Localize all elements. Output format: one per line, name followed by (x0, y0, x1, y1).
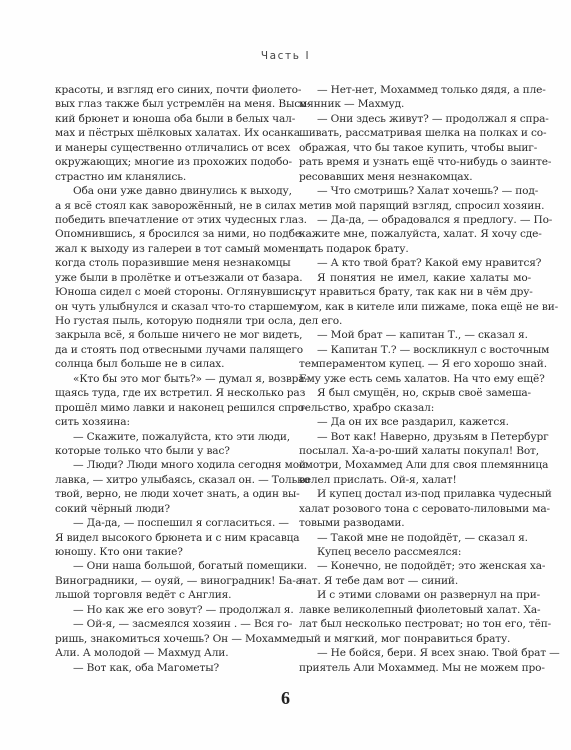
text-line: кий брюнет и юноша оба были в белых чал- (55, 112, 287, 126)
text-line: товыми разводами. (299, 516, 531, 530)
text-line: — Да-да, — поспешил я согласиться. — (55, 516, 287, 530)
page-number: 6 (0, 688, 571, 709)
text-line: — Что смотришь? Халат хочешь? — под- (299, 184, 531, 198)
text-line: сить хозяина: (55, 415, 287, 429)
text-line: темпераментом купец. — Я его хорошо знай… (299, 357, 531, 371)
text-line: он чуть улыбнулся и сказал что-то старше… (55, 300, 287, 314)
text-line: да и стоять под отвесными лучами палящег… (55, 343, 287, 357)
text-line: Я понятия не имел, какие халаты мо- (299, 271, 531, 285)
text-line: смотри, Мохаммед Али для своя племянница (299, 458, 531, 472)
text-line: — Скажите, пожалуйста, кто эти люди, (55, 430, 287, 444)
text-line: Али. А молодой — Махмуд Али. (55, 646, 287, 660)
text-line: Я видел высокого брюнета и с ним красавц… (55, 531, 287, 545)
text-line: лавке великолепный фиолетовый халат. Ха- (299, 603, 531, 617)
text-line: лавка, — хитро улыбаясь, сказал он. — То… (55, 473, 287, 487)
text-line: уже были в пролётке и отъезжали от базар… (55, 271, 287, 285)
text-line: ришь, знакомиться хочешь? Он — Мохаммед (55, 632, 287, 646)
text-line: ресовавших меня незнакомцах. (299, 170, 531, 184)
text-line: твой, верно, не люди хочет знать, а один… (55, 487, 287, 501)
text-line: льшой торговля ведёт с Англия. (55, 588, 287, 602)
text-line: Опомнившись, я бросился за ними, но подб… (55, 227, 287, 241)
text-line: лый и мягкий, мог понравиться брату. (299, 632, 531, 646)
text-line: метив мой парящий взгляд, спросил хозяин… (299, 199, 531, 213)
text-line: лат был несколько пестроват; но тон его,… (299, 617, 531, 631)
running-head: Часть I (0, 50, 571, 62)
text-line: — Не бойся, бери. Я всех знаю. Твой брат… (299, 646, 531, 660)
text-line: лать подарок брату. (299, 242, 531, 256)
text-line: — Конечно, не подойдёт; это женская ха- (299, 559, 531, 573)
text-line: победить впечатление от этих чудесных гл… (55, 213, 287, 227)
right-text-column: — Нет-нет, Мохаммед только дядя, а пле-м… (299, 83, 531, 675)
left-text-column: красоты, и взгляд его синих, почти фиоле… (55, 83, 287, 675)
text-line: велел прислать. Ой-я, халат! (299, 473, 531, 487)
text-line: «Кто бы это мог быть?» — думал я, возвра… (55, 372, 287, 386)
text-line: тельство, храбро сказал: (299, 401, 531, 415)
text-line: — Люди? Люди много ходила сегодня мой (55, 458, 287, 472)
text-line: щаясь туда, где их встретил. Я несколько… (55, 386, 287, 400)
text-line: вых глаз также был устремлён на меня. Вы… (55, 97, 287, 111)
text-line: страстно им кланялись. (55, 170, 287, 184)
text-line: — Капитан Т.? — воскликнул с восточным (299, 343, 531, 357)
text-line: — Ой-я, — засмеялся хозяин . — Вся го- (55, 617, 287, 631)
text-line: а я всё стоял как заворожённый, не в сил… (55, 199, 287, 213)
text-line: — Мой брат — капитан Т., — сказал я. (299, 328, 531, 342)
text-line: рать время и узнать ещё что-нибудь о заи… (299, 155, 531, 169)
text-line: Юноша сидел с моей стороны. Оглянувшись, (55, 285, 287, 299)
text-line: Оба они уже давно двинулись к выходу, (55, 184, 287, 198)
text-line: — Они наша большой, богатый помещики. (55, 559, 287, 573)
text-line: которые только что были у вас? (55, 444, 287, 458)
text-line: — Они здесь живут? — продолжал я спра- (299, 112, 531, 126)
text-line: лат. Я тебе дам вот — синий. (299, 574, 531, 588)
text-line: — Нет-нет, Мохаммед только дядя, а пле- (299, 83, 531, 97)
text-line: и манеры существенно отличались от всех (55, 141, 287, 155)
text-line: — Вот как, оба Магометы? (55, 661, 287, 675)
text-line: мянник — Махмуд. (299, 97, 531, 111)
text-line: ображая, что бы такое купить, чтобы выиг… (299, 141, 531, 155)
text-line: сокий чёрный люди? (55, 502, 287, 516)
text-line: солнца был больше не в силах. (55, 357, 287, 371)
text-line: Я был смущён, но, скрыв своё замеша- (299, 386, 531, 400)
text-line: шивать, рассматривая шелка на полках и с… (299, 126, 531, 140)
text-line: красоты, и взгляд его синих, почти фиоле… (55, 83, 287, 97)
text-line: посылал. Ха-а-ро-ший халаты покупал! Вот… (299, 444, 531, 458)
text-line: когда столь поразившие меня незнакомцы (55, 256, 287, 270)
text-line: И купец достал из-под прилавка чудесный (299, 487, 531, 501)
text-line: — Да-да, — обрадовался я предлогу. — По- (299, 213, 531, 227)
text-line: — Такой мне не подойдёт, — сказал я. (299, 531, 531, 545)
text-line: Купец весело рассмеялся: (299, 545, 531, 559)
text-line: И с этими словами он развернул на при- (299, 588, 531, 602)
text-line: жал к выходу из галереи в тот самый моме… (55, 242, 287, 256)
text-line: — Вот как! Наверно, друзьям в Петербург (299, 430, 531, 444)
text-line: — А кто твой брат? Какой ему нравится? (299, 256, 531, 270)
text-line: гут нравиться брату, так как ни в чём др… (299, 285, 531, 299)
text-line: дел его. (299, 314, 531, 328)
text-line: окружающих; многие из прохожих подобо- (55, 155, 287, 169)
text-line: Но густая пыль, которую подняли три осла… (55, 314, 287, 328)
text-line: кажите мне, пожалуйста, халат. Я хочу сд… (299, 227, 531, 241)
text-line: закрыла всё, я больше ничего не мог виде… (55, 328, 287, 342)
text-line: халат розового тона с серовато-лиловыми … (299, 502, 531, 516)
text-line: гом, как в кителе или пижаме, пока ещё н… (299, 300, 531, 314)
text-line: Ему уже есть семь халатов. На что ему ещ… (299, 372, 531, 386)
text-line: — Но как же его зовут? — продолжал я. (55, 603, 287, 617)
text-line: прошёл мимо лавки и наконец решился спро… (55, 401, 287, 415)
text-line: Виноградники, — оуяй, — виноградник! Ба-… (55, 574, 287, 588)
book-page: Часть I красоты, и взгляд его синих, поч… (0, 0, 571, 750)
text-line: юношу. Кто они такие? (55, 545, 287, 559)
text-line: приятель Али Мохаммед. Мы не можем про- (299, 661, 531, 675)
text-line: мах и пёстрых шёлковых халатах. Их осанк… (55, 126, 287, 140)
text-line: — Да он их все раздарил, кажется. (299, 415, 531, 429)
